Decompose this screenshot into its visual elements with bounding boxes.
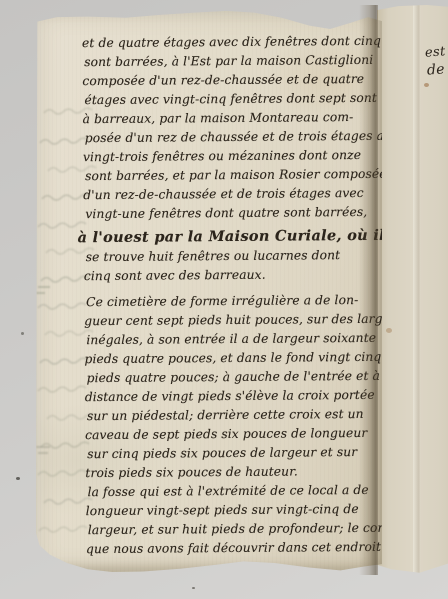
paper-crease: [413, 5, 421, 575]
background-speck: [16, 477, 20, 480]
manuscript-line: la fosse qui est à l'extrémité de ce loc…: [87, 481, 379, 502]
manuscript-line: et de quatre étages avec dix fenêtres do…: [82, 32, 376, 53]
manuscript-line: sont barrées, et par la maison Rosier co…: [85, 165, 377, 186]
manuscript-photograph: est de: [0, 0, 448, 599]
manuscript-line: pieds quatre pouces, et dans le fond vin…: [84, 348, 378, 369]
manuscript-line: cinq sont avec des barreaux.: [84, 265, 378, 286]
manuscript-line: vingt-une fenêtres dont quatre sont barr…: [85, 203, 377, 224]
manuscript-line: à barreaux, par la maison Montareau com-: [83, 108, 377, 129]
manuscript-line: pieds quatre pouces; à gauche de l'entré…: [87, 367, 379, 388]
manuscript-page: et de quatre étages avec dix fenêtres do…: [36, 11, 382, 572]
next-page-edge: est de: [377, 5, 448, 575]
manuscript-line: se trouve huit fenêtres ou lucarnes dont: [86, 246, 378, 267]
manuscript-line: posée d'un rez de chaussée et de trois é…: [85, 127, 377, 148]
manuscript-line: étages avec vingt-cinq fenêtres dont sep…: [84, 89, 376, 110]
manuscript-line: à l'ouest par la Maison Curiale, où il: [77, 225, 377, 248]
manuscript-line: sur un piédestal; derrière cette croix e…: [87, 405, 379, 426]
manuscript-line: gueur cent sept pieds huit pouces, sur d…: [84, 310, 378, 331]
manuscript-line: d'un rez-de-chaussée et de trois étages …: [83, 184, 377, 205]
next-page-word-fragment: de: [426, 61, 445, 78]
manuscript-line: sur cinq pieds six pouces de largeur et …: [87, 443, 379, 464]
manuscript-line: composée d'un rez-de-chaussée et de quat…: [82, 70, 376, 91]
manuscript-line: longueur vingt-sept pieds sur vingt-cinq…: [86, 500, 380, 521]
manuscript-line: distance de vingt pieds s'élève la croix…: [85, 386, 379, 407]
manuscript-line: trois pieds six pouces de hauteur.: [85, 462, 379, 483]
manuscript-line: inégales, à son entrée il a de largeur s…: [86, 329, 378, 350]
manuscript-line: largeur, et sur huit pieds de profondeur…: [88, 519, 380, 540]
background-speck: [192, 587, 195, 589]
manuscript-line: que nous avons fait découvrir dans cet e…: [86, 538, 380, 559]
manuscript-line: vingt-trois fenêtres ou mézanines dont o…: [83, 146, 377, 167]
manuscript-text-block: et de quatre étages avec dix fenêtres do…: [82, 32, 380, 559]
manuscript-line: caveau de sept pieds six pouces de longu…: [85, 424, 379, 445]
next-page-word-fragment: est: [425, 44, 446, 60]
manuscript-line: sont barrées, à l'Est par la maison Cast…: [84, 51, 376, 72]
manuscript-line: Ce cimetière de forme irrégulière a de l…: [86, 291, 378, 312]
background-speck: [21, 332, 24, 335]
